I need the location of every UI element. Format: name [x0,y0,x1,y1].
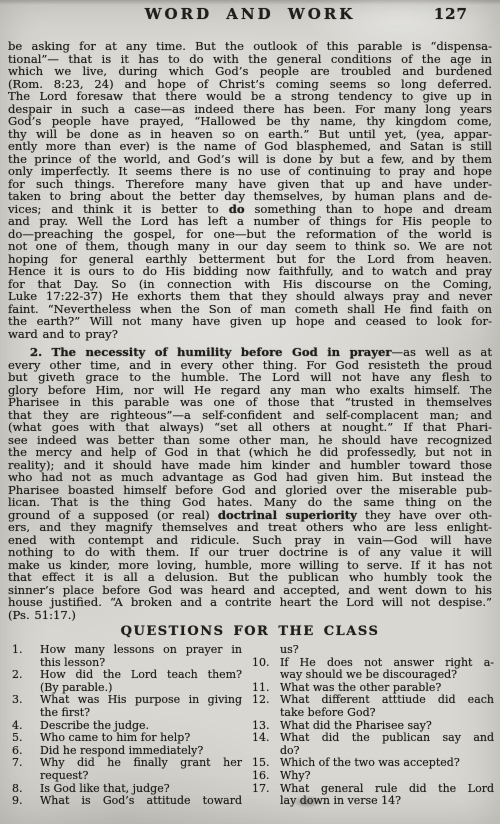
body-line: the mercy and help of God in that (which… [8,446,492,459]
question-text: Who came to him for help? [40,732,242,745]
body-line: The Lord foresaw that there would be a s… [8,90,492,103]
body-line: taken to bring about the better day them… [8,190,492,203]
body-line: Luke 17:22-37) He exhorts them that they… [8,290,492,303]
body-line: ward and to pray? [8,328,492,341]
questions-heading: QUESTIONS FOR THE CLASS [0,624,500,639]
question-text: If He does not answer right a-way should… [280,657,494,682]
body-line: who had not as much advantage as God had… [8,471,492,484]
body-line: house justified. “A broken and a contrit… [8,596,492,609]
question-number: 16. [250,770,280,783]
question-line: way should we be discouraged? [280,669,494,682]
body-line: ers, and they magnify themselves and tre… [8,521,492,534]
body-line: only imperfectly. It seems there is no u… [8,165,492,178]
question-line: Who came to him for help? [40,732,242,745]
question-line: How many lessons on prayer in [40,644,242,657]
question-item: 14.What did the publican say anddo? [250,732,494,757]
page-title: WORD AND WORK [0,5,500,23]
body-line: which we live, during which God’s people… [8,65,492,78]
question-number: 17. [250,783,280,796]
body-line: 2. The necessity of humility before God … [8,346,492,359]
question-text: us? [280,644,494,657]
body-line: nothing to do with them. If our truer do… [8,546,492,559]
body-line: not one of them, though many in our day … [8,240,492,253]
question-number: 10. [250,657,280,670]
body-line: ently more than ever) is the name of God… [8,140,492,153]
question-line: What is God’s attitude toward [40,795,242,808]
question-line: the first? [40,707,242,720]
question-text: How did the Lord teach them?(By parable.… [40,669,242,694]
question-text: Why did he finally grant herrequest? [40,757,242,782]
question-number: 5. [10,732,40,745]
question-item: us? [250,644,494,657]
question-item: 5.Who came to him for help? [10,732,242,745]
question-item: 17.What general rule did the Lordlay dow… [250,783,494,808]
question-text: What different atttiude did eachtake bef… [280,694,494,719]
body-line: that effect it is all a delusion. But th… [8,571,492,584]
article-body: be asking for at any time. But the outlo… [8,40,492,627]
question-item: 2.How did the Lord teach them?(By parabl… [10,669,242,694]
question-number: 9. [10,795,40,808]
question-text: Which of the two was accepted? [280,757,494,770]
question-number: 3. [10,694,40,707]
question-item: 7.Why did he finally grant herrequest? [10,757,242,782]
question-line: How did the Lord teach them? [40,669,242,682]
body-line: the earth?” Will not many have given up … [8,315,492,328]
question-text: What is God’s attitude toward [40,795,242,808]
question-item: 1.How many lessons on prayer inthis less… [10,644,242,669]
question-line: Why? [280,770,494,783]
question-number: 2. [10,669,40,682]
paragraph: be asking for at any time. But the outlo… [8,40,492,340]
body-line: (what goes with that always) “set all ot… [8,421,492,434]
question-number: 1. [10,644,40,657]
question-line: take before God? [280,707,494,720]
question-line: request? [40,770,242,783]
body-line: be asking for at any time. But the outlo… [8,40,492,53]
questions-column-right: us?10.If He does not answer right a-way … [250,644,494,808]
body-line: (Ps. 51:17.) [8,609,492,622]
body-line: but giveth grace to the humble. The Lord… [8,371,492,384]
question-text: What was His purpose in givingthe first? [40,694,242,719]
body-line: Pharisee in this parable was one of thos… [8,396,492,409]
body-line: and pray. Well the Lord has left a numbe… [8,215,492,228]
question-text: How many lessons on prayer inthis lesson… [40,644,242,669]
question-text: What did the publican say anddo? [280,732,494,757]
question-item: 12.What different atttiude did eachtake … [250,694,494,719]
paragraph: 2. The necessity of humility before God … [8,346,492,621]
body-line: Hence it is ours to do His bidding now f… [8,265,492,278]
question-text: What general rule did the Lordlay down i… [280,783,494,808]
question-line: Which of the two was accepted? [280,757,494,770]
question-line: What did the publican say and [280,732,494,745]
question-item: 9.What is God’s attitude toward [10,795,242,808]
question-text: Why? [280,770,494,783]
question-number: 7. [10,757,40,770]
question-number: 14. [250,732,280,745]
question-line: us? [280,644,494,657]
question-item: 16.Why? [250,770,494,783]
question-item: 3.What was His purpose in givingthe firs… [10,694,242,719]
questions-column-left: 1.How many lessons on prayer inthis less… [10,644,242,808]
scanned-page: WORD AND WORK 127 be asking for at any t… [0,0,500,824]
question-line: lay down in verse 14? [280,795,494,808]
question-number: 12. [250,694,280,707]
body-line: God’s people have prayed, “Hallowed be t… [8,115,492,128]
page-number: 127 [434,5,468,23]
question-item: 10.If He does not answer right a-way sho… [250,657,494,682]
